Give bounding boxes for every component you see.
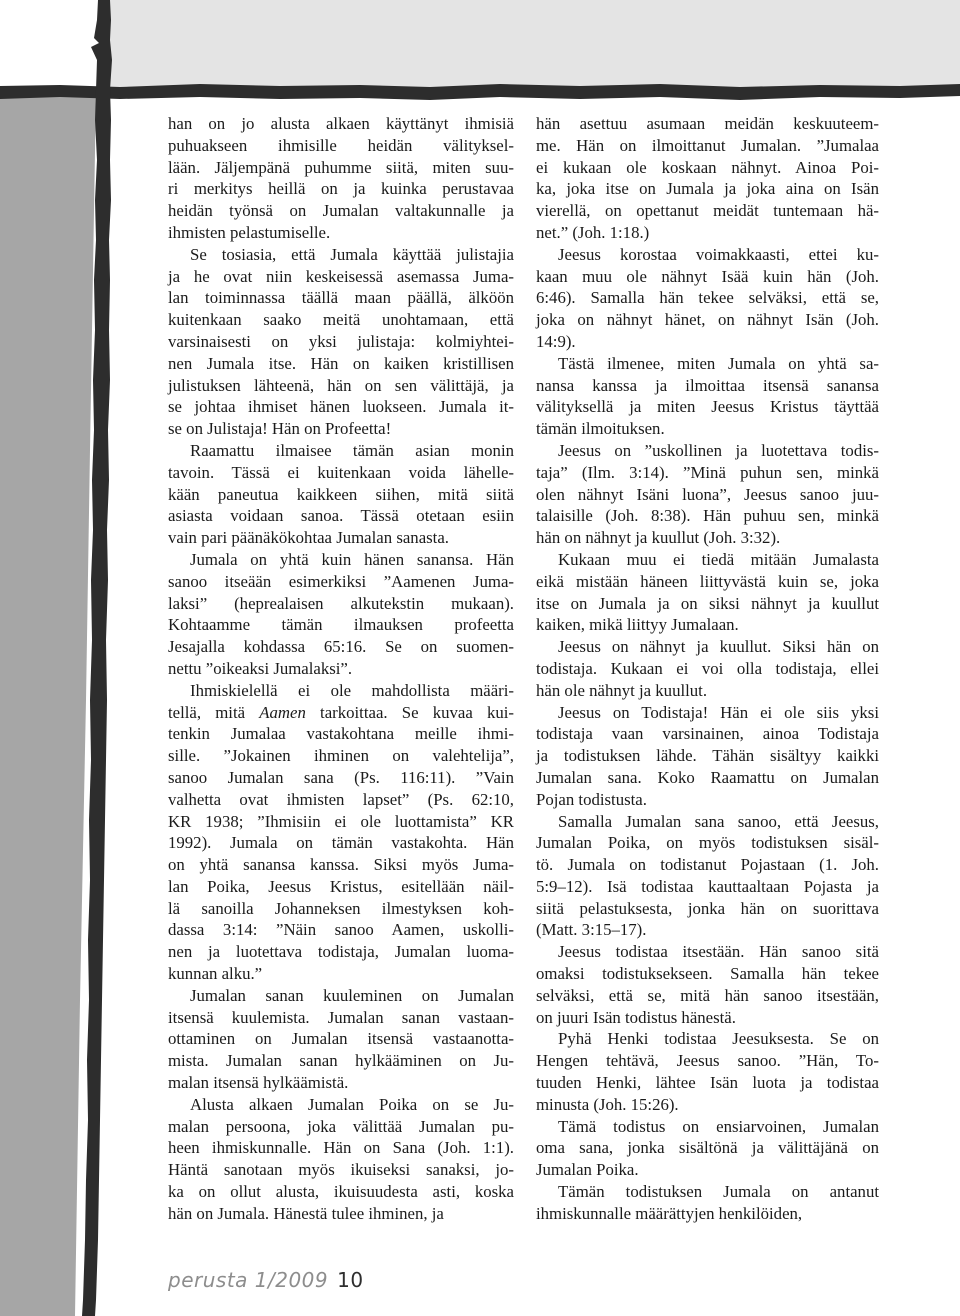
paragraph: Jumalan sanan kuuleminen on Jumalanitsen… (168, 985, 514, 1094)
text-line: nen ja luotettava todistaja, Jumalan luo… (168, 941, 514, 963)
text-line: lan Poika, Jeesus Kristus, esitellään nä… (168, 876, 514, 898)
text-line: joka on nähnyt hänet, on nähnyt Isän (Jo… (536, 309, 879, 331)
text-line: hän on nähnyt ja kuullut (Joh. 3:32). (536, 527, 879, 549)
article-left-column: han on jo alusta alkaen käyttänyt ihmisi… (168, 113, 514, 1225)
text-line: Alusta alkaen Jumalan Poika on se Ju- (168, 1094, 514, 1116)
text-line: Häntä sanotaan myös ikuiseksi sanaksi, j… (168, 1159, 514, 1181)
text-line: ja he ovat niin keskeisessä asemassa Jum… (168, 266, 514, 288)
text-line: Jeesus todistaa itsestään. Hän sanoo sit… (536, 941, 879, 963)
horizontal-ink-bar (0, 84, 960, 100)
text-line: tuuden Henki, lähtee Isän luota ja todis… (536, 1072, 879, 1094)
text-line: siitä pelastuksesta, jonka hän on suorit… (536, 898, 879, 920)
text-line: vierellä, on opettanut meidät tuntemaan … (536, 200, 879, 222)
text-line: ka on ollut alusta, ikuisuudesta asti, k… (168, 1181, 514, 1203)
text-line: kään paneutua kaikkeen siihen, mitä siit… (168, 484, 514, 506)
paragraph: Ihmiskielellä ei ole mahdollista määri-t… (168, 680, 514, 985)
paragraph: Jeesus korostaa voimakkaasti, ettei ku-k… (536, 244, 879, 353)
left-gray-strip (0, 92, 96, 1316)
paragraph: Jeesus on Todistaja! Hän ei ole siis yks… (536, 702, 879, 811)
text-line: malan itsensä hylkäämistä. (168, 1072, 514, 1094)
text-line: 1992). Jumala on tämän vastakohta. Hän (168, 832, 514, 854)
text-line: lä sanoilla Johanneksen ilmestyksen koh- (168, 898, 514, 920)
journal-title: perusta 1/2009 (168, 1268, 328, 1292)
text-line: todistaja vaan varsinainen, ainoa Todist… (536, 723, 879, 745)
text-line: Kohtaamme tämän ilmauksen profeetta (168, 614, 514, 636)
paragraph: Pyhä Henki todistaa Jeesuksesta. Se onHe… (536, 1028, 879, 1115)
paragraph: Jeesus todistaa itsestään. Hän sanoo sit… (536, 941, 879, 1028)
text-line: hän asettuu asumaan meidän keskuuteem- (536, 113, 879, 135)
text-line: Jeesus on ”uskollinen ja luotettava todi… (536, 440, 879, 462)
text-line: Hengen tehtävä, Jeesus sanoo. ”Hän, To- (536, 1050, 879, 1072)
text-line: Jeesus korostaa voimakkaasti, ettei ku- (536, 244, 879, 266)
text-line: kaan muu ole nähnyt Isää kuin hän (Joh. (536, 266, 879, 288)
text-line: laksi” (heprealaisen alkutekstin mukaan)… (168, 593, 514, 615)
text-line: Jeesus on nähnyt ja kuullut. Siksi hän o… (536, 636, 879, 658)
text-line: oma sana, jonka sisältönä ja välittäjänä… (536, 1137, 879, 1159)
text-line: tavoin. Tässä ei kuitenkaan voida lähell… (168, 462, 514, 484)
text-line: sille. ”Jokainen ihminen on valehtelija”… (168, 745, 514, 767)
text-line: itsensä kuulemista. Jumalan sanan vastaa… (168, 1007, 514, 1029)
article-right-column: hän asettuu asumaan meidän keskuuteem-me… (536, 113, 879, 1225)
paragraph: Jumala on yhtä kuin hänen sanansa. Hänsa… (168, 549, 514, 680)
text-line: minusta (Joh. 15:26). (536, 1094, 879, 1116)
text-line: valhetta ovat ihmisten lapset” (Ps. 62:1… (168, 789, 514, 811)
text-line: sanoo itseään esimerkiksi ”Aamenen Juma- (168, 571, 514, 593)
text-line: Tämä todistus on ensiarvoinen, Jumalan (536, 1116, 879, 1138)
text-line: julistuksen lähteenä, hän on sen välittä… (168, 375, 514, 397)
text-line: Raamattu ilmaisee tämän asian monin (168, 440, 514, 462)
text-line: vain pari päänäkökohtaa Jumalan sanasta. (168, 527, 514, 549)
text-line: 5:9–12). Isä todistaa kauttaaltaan Pojas… (536, 876, 879, 898)
text-line: net.” (Joh. 1:18.) (536, 222, 879, 244)
text-line: tellä, mitä Aamen tarkoittaa. Se kuvaa k… (168, 702, 514, 724)
text-line: Pojan todistusta. (536, 789, 879, 811)
text-line: Jumalan Poika, on myös todistuksen sisäl… (536, 832, 879, 854)
text-line: Kukaan muu ei tiedä mitään Jumalasta (536, 549, 879, 571)
text-line: lään. Jäljempänä puhumme siitä, miten su… (168, 157, 514, 179)
text-line: malan persoona, joka välittää Jumalan pu… (168, 1116, 514, 1138)
text-line: se on Julistaja! Hän on Profeetta! (168, 418, 514, 440)
text-line: Samalla Jumalan sana sanoo, että Jeesus, (536, 811, 879, 833)
text-line: talaisille (Joh. 8:38). Hän puhuu sen, m… (536, 505, 879, 527)
text-line: kaiken, mikä liittyy Jumalaan. (536, 614, 879, 636)
text-line: varsinaisesti on yksi julistaja: kolmiyh… (168, 331, 514, 353)
text-line: itse on Jumala ja on siksi nähnyt ja kuu… (536, 593, 879, 615)
text-line: 6:46). Samalla hän tekee selväksi, että … (536, 287, 879, 309)
text-line: kuitenkaan saako meitä unohtamaan, että (168, 309, 514, 331)
text-line: eikä mistään häneen liittyvästä kuin se,… (536, 571, 879, 593)
text-line: mista. Jumalan sanan hylkääminen on Ju- (168, 1050, 514, 1072)
text-line: ihmisten pelastumiselle. (168, 222, 514, 244)
page-number: 10 (337, 1268, 363, 1292)
text-line: heidän työnsä on Jumalan valtakunnalle j… (168, 200, 514, 222)
text-line: lan toiminnassa täällä maan päällä, älkö… (168, 287, 514, 309)
text-line: välityksellä ja miten Jeesus Kristus täy… (536, 396, 879, 418)
paragraph: Se tosiasia, että Jumala käyttää julista… (168, 244, 514, 440)
text-line: hän on Jumala. Hänestä tulee ihminen, ja (168, 1203, 514, 1225)
paragraph: Raamattu ilmaisee tämän asian monintavoi… (168, 440, 514, 549)
text-line: tö. Jumala on todistanut Pojastaan (1. J… (536, 854, 879, 876)
text-line: on yhtä sanansa kanssa. Siksi myös Juma- (168, 854, 514, 876)
text-line: ottaminen on Jumalan itsensä vastaanotta… (168, 1028, 514, 1050)
paragraph: hän asettuu asumaan meidän keskuuteem-me… (536, 113, 879, 244)
text-line: (Matt. 3:15–17). (536, 919, 879, 941)
text-line: asiasta voidaan sanoa. Tässä otetaan esi… (168, 505, 514, 527)
text-line: KR 1938; ”Ihmisiin ei ole luottamista” K… (168, 811, 514, 833)
text-line: ei kukaan ole koskaan nähnyt. Ainoa Poi- (536, 157, 879, 179)
text-line: selväksi, että se, mitä hän sanoo itsest… (536, 985, 879, 1007)
text-line: Jumalan Poika. (536, 1159, 879, 1181)
text-line: me. Hän on ilmoittanut Jumalan. ”Jumalaa (536, 135, 879, 157)
paragraph: Kukaan muu ei tiedä mitään Jumalastaeikä… (536, 549, 879, 636)
text-line: Tämän todistuksen Jumala on antanut (536, 1181, 879, 1203)
paragraph: Samalla Jumalan sana sanoo, että Jeesus,… (536, 811, 879, 942)
text-line: hän ole nähnyt ja kuullut. (536, 680, 879, 702)
paragraph: Jeesus on nähnyt ja kuullut. Siksi hän o… (536, 636, 879, 701)
paragraph: han on jo alusta alkaen käyttänyt ihmisi… (168, 113, 514, 244)
text-line: Jeesus on Todistaja! Hän ei ole siis yks… (536, 702, 879, 724)
text-line: Pyhä Henki todistaa Jeesuksesta. Se on (536, 1028, 879, 1050)
text-line: todistaja. Kukaan ei voi olla todistaja,… (536, 658, 879, 680)
paragraph: Tämä todistus on ensiarvoinen, Jumalanom… (536, 1116, 879, 1181)
text-line: sanoo Jumalan sana (Ps. 116:11). ”Vain (168, 767, 514, 789)
text-line: dassa 3:14: ”Näin sanoo Aamen, uskolli- (168, 919, 514, 941)
paragraph: Alusta alkaen Jumalan Poika on se Ju-mal… (168, 1094, 514, 1225)
top-gray-strip (104, 0, 960, 90)
paragraph: Tämän todistuksen Jumala on antanutihmis… (536, 1181, 879, 1225)
text-line: olen nähnyt Isäni luona”, Jeesus sanoo j… (536, 484, 879, 506)
text-line: omaksi todistuksekseen. Samalla hän teke… (536, 963, 879, 985)
text-line: han on jo alusta alkaen käyttänyt ihmisi… (168, 113, 514, 135)
text-line: Jumalan sana. Koko Raamattu on Jumalan (536, 767, 879, 789)
text-line: nettu ”oikeaksi Jumalaksi”. (168, 658, 514, 680)
text-line: ri merkitys heillä on ja kuinka perustav… (168, 178, 514, 200)
paragraph: Tästä ilmenee, miten Jumala on yhtä sa-n… (536, 353, 879, 440)
page-footer: perusta 1/200910 (168, 1268, 364, 1292)
text-line: puhuakseen ihmisille heidän välityksel- (168, 135, 514, 157)
text-line: taja” (Ilm. 3:14). ”Minä puhun sen, mink… (536, 462, 879, 484)
text-line: Jesajalla kohdassa 65:16. Se on suomen- (168, 636, 514, 658)
text-line: heen ihmiskunnalle. Hän on Sana (Joh. 1:… (168, 1137, 514, 1159)
text-line: ihmiskunnalle määrättyjen henkilöiden, (536, 1203, 879, 1225)
text-line: Se tosiasia, että Jumala käyttää julista… (168, 244, 514, 266)
text-line: tämän ilmoituksen. (536, 418, 879, 440)
text-line: se johtaa ihmiset hänen luokseen. Jumala… (168, 396, 514, 418)
text-line: kunnan alku.” (168, 963, 514, 985)
text-line: Jumala on yhtä kuin hänen sanansa. Hän (168, 549, 514, 571)
text-line: ka, joka itse on Jumala ja joka aina on … (536, 178, 879, 200)
text-line: ja todistuksen lähde. Tähän sisältyy kai… (536, 745, 879, 767)
paragraph: Jeesus on ”uskollinen ja luotettava todi… (536, 440, 879, 549)
text-line: Tästä ilmenee, miten Jumala on yhtä sa- (536, 353, 879, 375)
text-line: Ihmiskielellä ei ole mahdollista määri- (168, 680, 514, 702)
text-line: 14:9). (536, 331, 879, 353)
text-line: nen Jumala itse. Hän on kaiken kristilli… (168, 353, 514, 375)
text-line: Jumalan sanan kuuleminen on Jumalan (168, 985, 514, 1007)
text-line: on juuri Isän todistus hänestä. (536, 1007, 879, 1029)
text-line: nansa kanssa ja ilmoittaa itsensä sanans… (536, 375, 879, 397)
text-line: tenkin Jumalaa vastakohtana meille ihmi- (168, 723, 514, 745)
